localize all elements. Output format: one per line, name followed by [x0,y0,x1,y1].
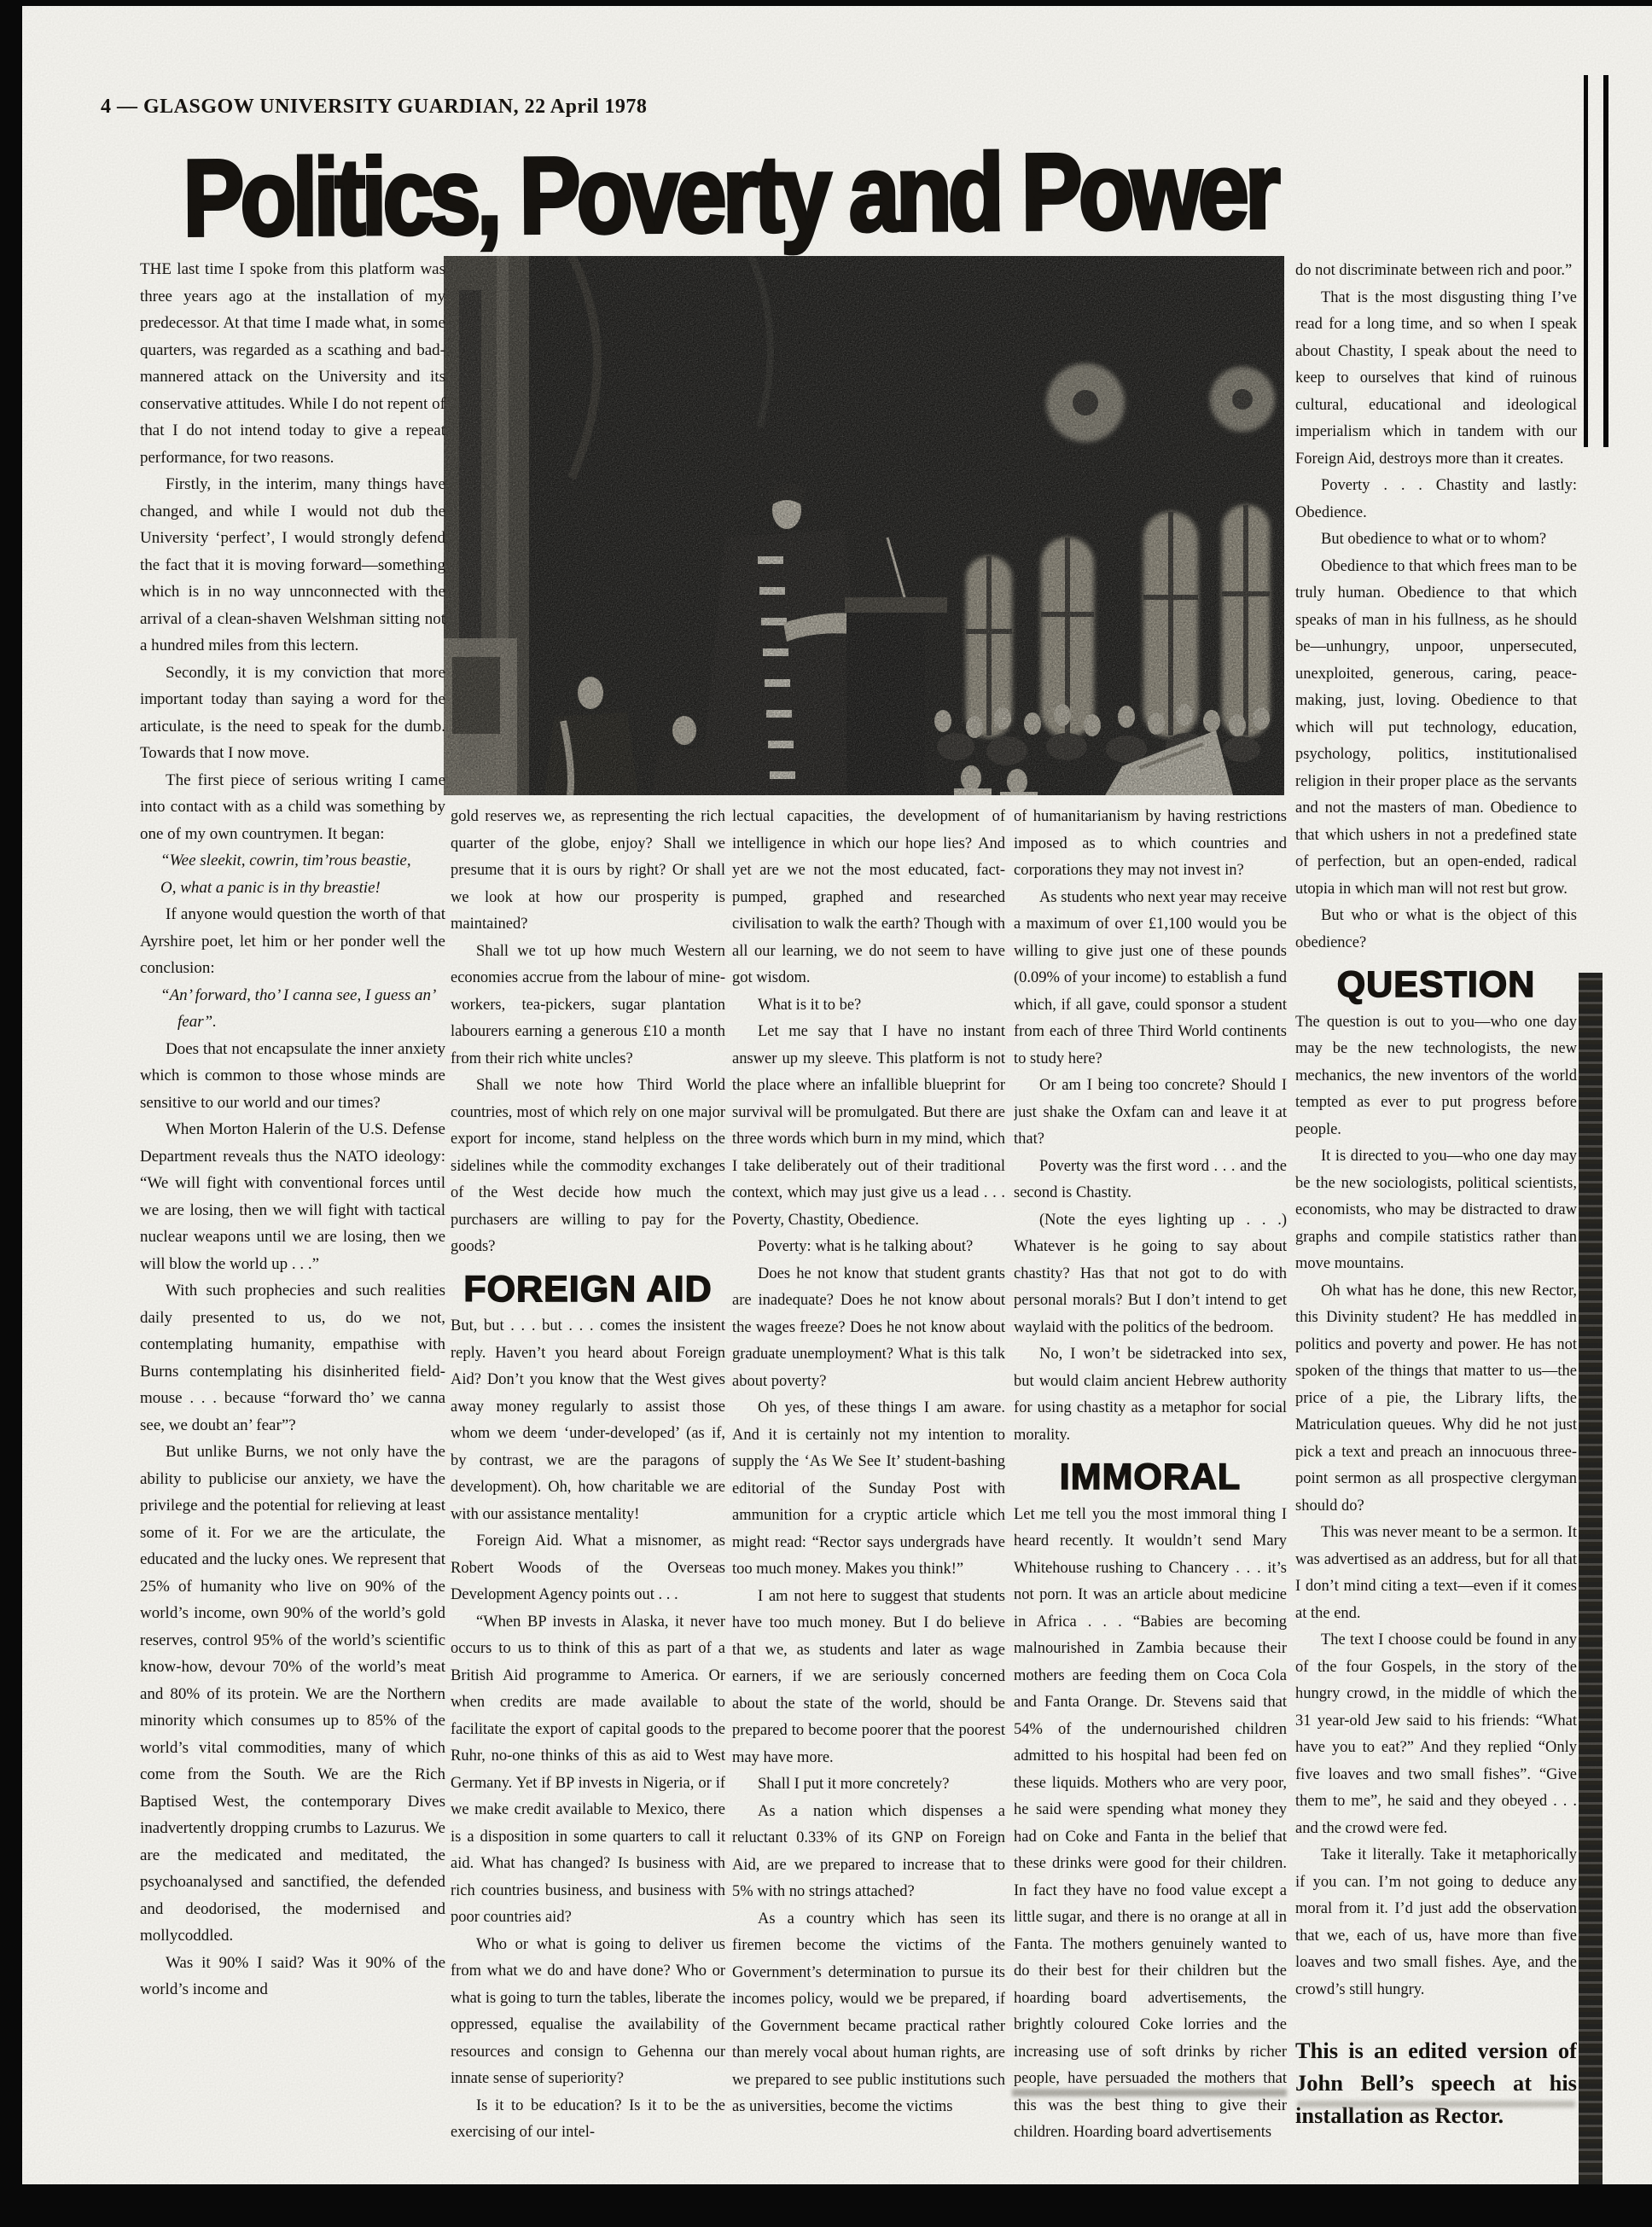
body-paragraph: Does that not encapsulate the inner anxi… [140,1036,445,1117]
ink-smudge [1297,2101,1575,2108]
body-paragraph: But who or what is the object of this ob… [1295,903,1577,957]
section-heading: IMMORAL [1014,1464,1287,1491]
scan-edge-left [0,0,22,2227]
body-paragraph: But unlike Burns, we not only have the a… [140,1439,445,1950]
verse-quote: “An’ forward, tho’ I canna see, I guess … [177,982,437,1036]
article-column-2: gold reserves we, as representing the ri… [451,804,725,2147]
editorial-note: This is an edited version of John Bell’s… [1295,2034,1577,2131]
body-paragraph: It is directed to you—who one day may be… [1295,1143,1577,1278]
newspaper-page: 4 — GLASGOW UNIVERSITY GUARDIAN, 22 Apri… [0,0,1652,2227]
body-paragraph: But obedience to what or to whom? [1295,526,1577,554]
scan-edge-top [0,0,1652,6]
body-paragraph: Let me tell you the most immoral thing I… [1014,1502,1287,2147]
body-paragraph: Oh yes, of these things I am aware. And … [732,1395,1005,1584]
body-paragraph: Poverty . . . Chastity and lastly: Obedi… [1295,473,1577,526]
body-paragraph: When Morton Halerin of the U.S. Defense … [140,1116,445,1277]
body-paragraph: The text I choose could be found in any … [1295,1627,1577,1842]
body-paragraph: Obedience to that which frees man to be … [1295,554,1577,904]
body-paragraph: Secondly, it is my conviction that more … [140,660,445,767]
scan-edge-right-band [1579,973,1603,2184]
article-column-3: lectual capacities, the development of i… [732,804,1005,2121]
photo-illustration [444,256,1284,795]
body-paragraph: Take it literally. Take it metaphoricall… [1295,1842,1577,2003]
scan-edge-bottom [0,2184,1652,2227]
body-paragraph: As a nation which dispenses a reluctant … [732,1799,1005,1906]
verse-quote: “Wee sleekit, cowrin, tim’rous beastie, [177,847,437,875]
body-paragraph: Poverty: what is he talking about? [732,1234,1005,1261]
section-heading: QUESTION [1295,972,1577,999]
body-paragraph: Is it to be education? Is it to be the e… [451,2093,725,2147]
section-heading: FOREIGN AID [451,1276,725,1304]
body-paragraph: THE last time I spoke from this platform… [140,256,445,471]
body-paragraph: Firstly, in the interim, many things hav… [140,471,445,660]
body-paragraph: Let me say that I have no instant answer… [732,1019,1005,1234]
body-paragraph: of humanitarianism by having restriction… [1014,804,1287,885]
body-paragraph: “When BP invests in Alaska, it never occ… [451,1609,725,1932]
body-paragraph: With such prophecies and such realities … [140,1277,445,1439]
body-paragraph: What is it to be? [732,992,1005,1020]
body-paragraph: But, but . . . but . . . comes the insis… [451,1313,725,1528]
article-column-1: THE last time I spoke from this platform… [140,256,445,2003]
scan-edge-right-lines [1584,75,1608,447]
article-column-4: of humanitarianism by having restriction… [1014,804,1287,2147]
body-paragraph: Foreign Aid. What a misnomer, as Robert … [451,1528,725,1609]
body-paragraph: Was it 90% I said? Was it 90% of the wor… [140,1950,445,2003]
body-paragraph: That is the most disgusting thing I’ve r… [1295,285,1577,474]
body-paragraph: Oh what has he done, this new Rector, th… [1295,1278,1577,1521]
body-paragraph: Shall we note how Third World countries,… [451,1073,725,1261]
verse-quote: O, what a panic is in thy breastie! [177,875,437,902]
body-paragraph: lectual capacities, the development of i… [732,804,1005,992]
body-paragraph: Poverty was the first word . . . and the… [1014,1154,1287,1207]
body-paragraph: This was never meant to be a sermon. It … [1295,1520,1577,1627]
masthead: 4 — GLASGOW UNIVERSITY GUARDIAN, 22 Apri… [101,96,647,119]
body-paragraph: If anyone would question the worth of th… [140,901,445,982]
article-column-5: do not discriminate between rich and poo… [1295,258,1577,2131]
body-paragraph: gold reserves we, as representing the ri… [451,804,725,939]
installation-ceremony-photo [444,256,1284,795]
page-title: Politics, Poverty and Power [183,127,1277,261]
body-paragraph: Shall I put it more concretely? [732,1771,1005,1799]
body-paragraph: As students who next year may receive a … [1014,885,1287,1073]
body-paragraph: Who or what is going to deliver us from … [451,1932,725,2093]
body-paragraph: No, I won’t be sidetracked into sex, but… [1014,1341,1287,1449]
body-paragraph: The question is out to you—who one day m… [1295,1009,1577,1144]
body-paragraph: (Note the eyes lighting up . . .) Whatev… [1014,1207,1287,1342]
body-paragraph: do not discriminate between rich and poo… [1295,258,1577,285]
body-paragraph: As a country which has seen its firemen … [732,1906,1005,2121]
body-paragraph: Does he not know that student grants are… [732,1261,1005,1396]
body-paragraph: I am not here to suggest that students h… [732,1584,1005,1772]
ink-smudge [1012,2089,1287,2096]
body-paragraph: Or am I being too concrete? Should I jus… [1014,1073,1287,1154]
body-paragraph: The first piece of serious writing I cam… [140,767,445,848]
body-paragraph: Shall we tot up how much Western economi… [451,939,725,1073]
